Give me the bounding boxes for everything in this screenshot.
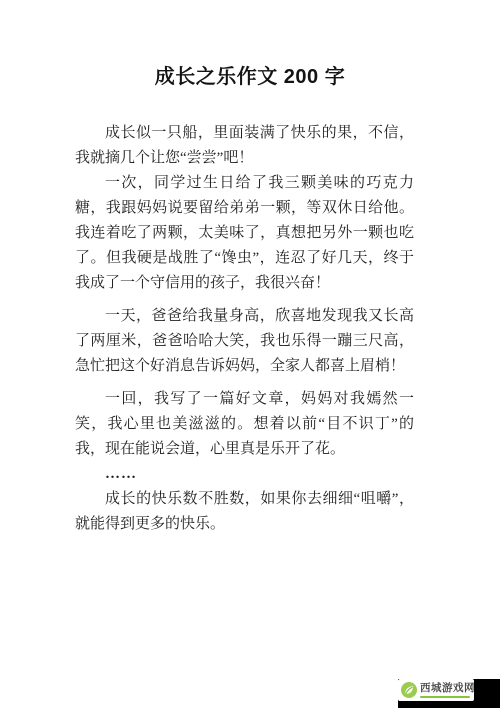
essay-paragraph: 成长的快乐数不胜数，如果你去细细“咀嚼”，就能得到更多的快乐。 — [75, 487, 414, 537]
leaf-logo-icon — [401, 682, 417, 698]
watermark-badge: 西城游戏网 — [398, 679, 474, 701]
watermark-tagline-strip — [420, 696, 470, 699]
essay-paragraph: …… — [75, 462, 414, 487]
watermark-text-column: 西城游戏网 — [420, 682, 475, 698]
essay-paragraph: 一次，同学过生日给了我三颗美味的巧克力糖，我跟妈妈说要留给弟弟一颗，等双休日给他… — [75, 171, 414, 296]
essay-paragraph: 一天，爸爸给我量身高，欣喜地发现我又长高了两厘米，爸爸哈哈大笑，我也乐得一蹦三尺… — [75, 304, 414, 379]
essay-title: 成长之乐作文 200 字 — [0, 60, 500, 89]
essay-paragraph: 成长似一只船，里面装满了快乐的果，不信，我就摘几个让您“尝尝”吧！ — [75, 121, 414, 171]
watermark-site-name: 西城游戏网 — [420, 682, 475, 694]
watermark-background: 西城游戏网 — [398, 679, 500, 708]
essay-body: 成长似一只船，里面装满了快乐的果，不信，我就摘几个让您“尝尝”吧！一次，同学过生… — [75, 121, 414, 537]
essay-paragraph: 一回，我写了一篇好文章，妈妈对我嫣然一笑，我心里也美滋滋的。想着以前“目不识丁”… — [75, 387, 414, 462]
document-page: 成长之乐作文 200 字 成长似一只船，里面装满了快乐的果，不信，我就摘几个让您… — [0, 0, 500, 708]
